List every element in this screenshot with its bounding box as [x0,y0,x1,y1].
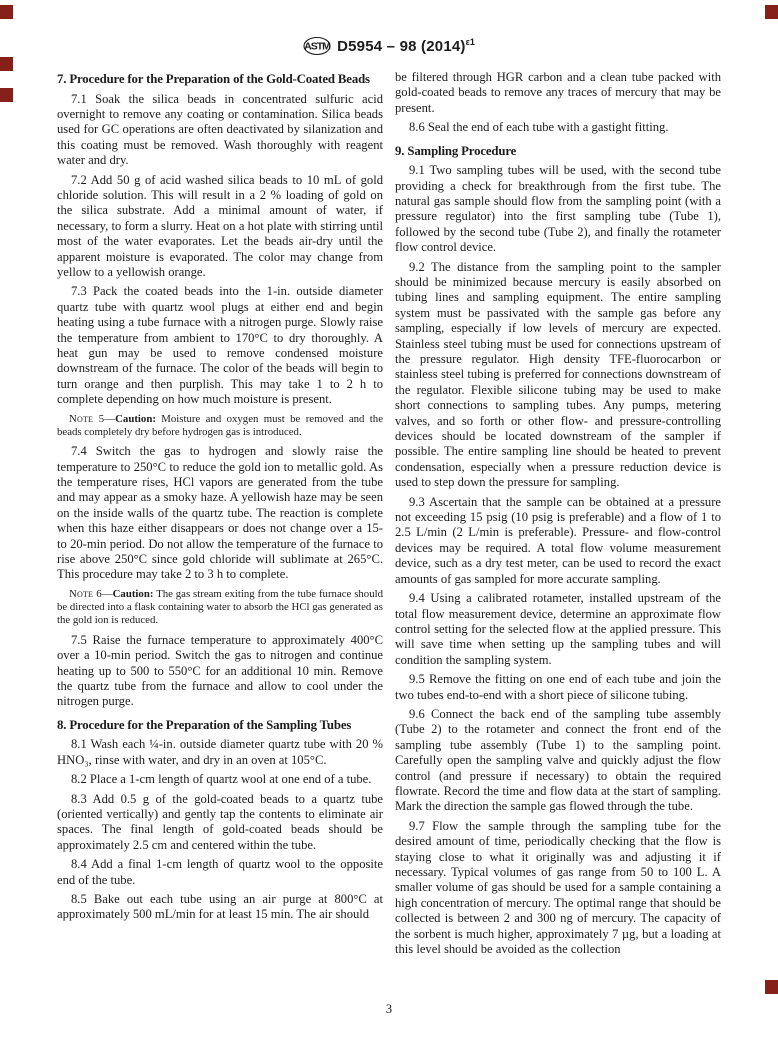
paragraph: 8.5 Bake out each tube using an air purg… [57,892,383,923]
column-left: 7. Procedure for the Preparation of the … [57,70,383,961]
paragraph: 9.6 Connect the back end of the sampling… [395,707,721,815]
paragraph: 8.6 Seal the end of each tube with a gas… [395,120,721,135]
note: Note 5—Caution: Moisture and oxygen must… [57,413,383,440]
section-heading: 8. Procedure for the Preparation of the … [57,718,383,734]
paragraph: 9.7 Flow the sample through the sampling… [395,819,721,958]
page-header: ASTM D5954 – 98 (2014)ε1 [0,36,778,56]
document-body: 7. Procedure for the Preparation of the … [57,70,721,961]
page-footer: 3 [0,1002,778,1017]
designation-superscript: ε1 [466,37,475,47]
paragraph: 7.4 Switch the gas to hydrogen and slowl… [57,444,383,583]
paragraph: 9.3 Ascertain that the sample can be obt… [395,495,721,587]
paragraph: 7.1 Soak the silica beads in concentrate… [57,92,383,169]
note-caution-label: Caution: [115,413,156,425]
document-page: ASTM D5954 – 98 (2014)ε1 7. Procedure fo… [0,0,778,1041]
standard-designation: D5954 – 98 (2014)ε1 [337,37,475,55]
edge-mark [0,57,13,71]
edge-mark [765,5,778,19]
note-caution-label: Caution: [113,588,154,600]
note-label: Note 6 [69,588,102,600]
paragraph: 9.2 The distance from the sampling point… [395,260,721,491]
paragraph: 9.4 Using a calibrated rotameter, instal… [395,591,721,668]
paragraph: 8.2 Place a 1-cm length of quartz wool a… [57,772,383,787]
edge-mark [765,980,778,994]
edge-mark [0,88,13,102]
paragraph: 7.5 Raise the furnace temperature to app… [57,633,383,710]
section-heading: 7. Procedure for the Preparation of the … [57,72,383,88]
paragraph: 8.3 Add 0.5 g of the gold-coated beads t… [57,792,383,854]
page-number: 3 [386,1002,392,1016]
paragraph: 9.1 Two sampling tubes will be used, wit… [395,163,721,255]
paragraph: 7.2 Add 50 g of acid washed silica beads… [57,173,383,281]
column-right: be filtered through HGR carbon and a cle… [395,70,721,961]
paragraph: 8.1 Wash each ¼-in. outside diameter qua… [57,737,383,768]
astm-logo-icon: ASTM [303,36,331,56]
paragraph: 9.5 Remove the fitting on one end of eac… [395,672,721,703]
paragraph: 8.4 Add a final 1-cm length of quartz wo… [57,857,383,888]
note-label: Note 5 [69,413,104,425]
svg-text:ASTM: ASTM [304,41,331,53]
paragraph: be filtered through HGR carbon and a cle… [395,70,721,116]
section-heading: 9. Sampling Procedure [395,144,721,160]
designation-number: D5954 – 98 (2014) [337,38,466,55]
paragraph: 7.3 Pack the coated beads into the 1-in.… [57,284,383,407]
note: Note 6—Caution: The gas stream exiting f… [57,588,383,628]
edge-mark [0,5,13,19]
